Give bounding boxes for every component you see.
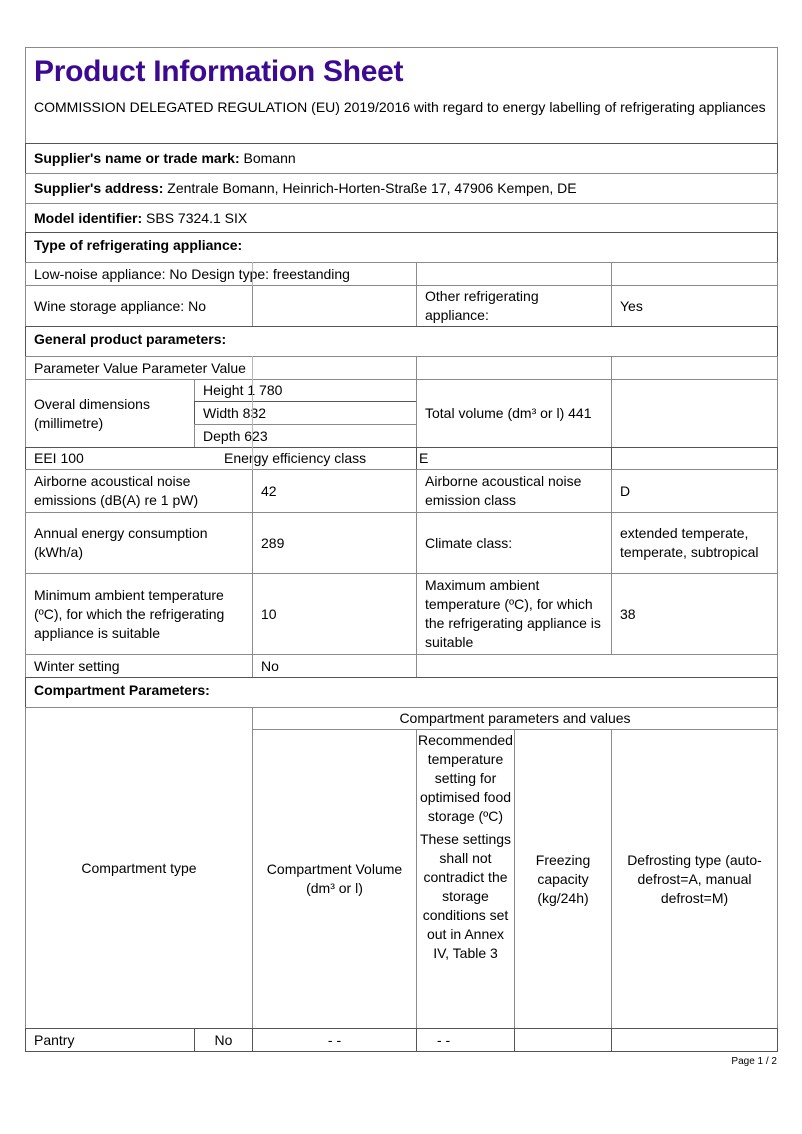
energy-class-label: Energy efficiency class — [224, 449, 366, 468]
supplier-address-value: Zentrale Bomann, Heinrich-Horten-Straße … — [167, 180, 576, 196]
max-temp-value-cell: 38 — [611, 573, 778, 655]
eei-cell: EEI 100 Energy efficiency class — [25, 447, 417, 470]
annual-energy-value: 289 — [261, 534, 284, 553]
empty-cell — [252, 285, 417, 327]
empty-cell — [611, 262, 778, 286]
col-volume: Compartment Volume (dm³ or l) — [252, 729, 417, 1029]
min-temp-value: 10 — [261, 605, 277, 624]
wine-storage-text: Wine storage appliance: No — [34, 297, 206, 316]
grid-line — [252, 262, 253, 286]
supplier-address-row: Supplier's address: Zentrale Bomann, Hei… — [25, 173, 778, 204]
col-defrost-text: Defrosting type (auto-defrost=A, manual … — [620, 851, 769, 908]
annual-energy-label-cell: Annual energy consumption (kWh/a) — [25, 512, 253, 574]
empty-cell — [611, 356, 778, 380]
climate-label: Climate class: — [425, 534, 512, 553]
noise-value-cell: 42 — [252, 469, 417, 513]
empty-cell — [611, 447, 778, 470]
other-appliance-value-text: Yes — [620, 297, 643, 316]
supplier-address-label: Supplier's address: — [34, 180, 163, 196]
annual-energy-value-cell: 289 — [252, 512, 417, 574]
annual-energy-label: Annual energy consumption (kWh/a) — [34, 524, 244, 562]
group-header: Compartment parameters and values — [252, 707, 778, 730]
supplier-name-value: Bomann — [244, 150, 296, 166]
max-temp-value: 38 — [620, 605, 636, 624]
noise-label: Airborne acoustical noise emissions (dB(… — [34, 472, 244, 510]
energy-class-value: E — [419, 449, 428, 468]
empty-cell — [611, 379, 778, 448]
climate-value-cell: extended temperate, temperate, subtropic… — [611, 512, 778, 574]
total-volume-text: Total volume (dm³ or l) 441 — [425, 404, 592, 423]
row-present-text: No — [215, 1031, 233, 1050]
col-compartment-type: Compartment type — [25, 707, 253, 1029]
winter-value-cell: No — [252, 654, 417, 678]
empty-cell — [416, 654, 778, 678]
climate-label-cell: Climate class: — [416, 512, 612, 574]
winter-label: Winter setting — [34, 657, 120, 676]
empty-cell — [416, 262, 612, 286]
col-temperature-note: These settings shall not contradict the … — [419, 830, 512, 963]
param-header-text: Parameter Value Parameter Value — [34, 359, 246, 378]
row-type-text: Pantry — [34, 1031, 74, 1050]
row-temp-text: - - — [437, 1031, 450, 1050]
wine-storage-cell: Wine storage appliance: No — [25, 285, 253, 327]
max-temp-label-cell: Maximum ambient temperature (ºC), for wh… — [416, 573, 612, 655]
col-defrost: Defrosting type (auto-defrost=A, manual … — [611, 729, 778, 1029]
general-parameters-heading: General product parameters: — [25, 326, 778, 357]
table-row-volume: - - — [252, 1028, 417, 1052]
compartment-heading: Compartment Parameters: — [25, 677, 778, 708]
other-appliance-label-text: Other refrigerating appliance: — [425, 287, 603, 325]
row-volume-text: - - — [328, 1031, 341, 1050]
table-row-temp: - - — [416, 1028, 515, 1052]
col-temperature-text: Recommended temperature setting for opti… — [418, 731, 513, 826]
page-title: Product Information Sheet — [34, 52, 769, 92]
width-text: Width 832 — [203, 404, 266, 423]
col-compartment-type-text: Compartment type — [81, 859, 196, 878]
param-header-cell: Parameter Value Parameter Value — [25, 356, 417, 380]
winter-label-cell: Winter setting — [25, 654, 253, 678]
other-appliance-label: Other refrigerating appliance: — [416, 285, 612, 327]
noise-class-value: D — [620, 482, 630, 501]
depth-text: Depth 623 — [203, 427, 268, 446]
supplier-name-row: Supplier's name or trade mark: Bomann — [25, 143, 778, 174]
table-row-freezing — [514, 1028, 612, 1052]
table-row-type: Pantry — [25, 1028, 195, 1052]
winter-value: No — [261, 657, 279, 676]
appliance-type-heading: Type of refrigerating appliance: — [25, 232, 778, 263]
model-identifier-value: SBS 7324.1 SIX — [146, 210, 247, 226]
col-volume-text: Compartment Volume (dm³ or l) — [261, 860, 408, 898]
header-block: Product Information Sheet COMMISSION DEL… — [25, 47, 778, 144]
table-row-defrost — [611, 1028, 778, 1052]
eei-text: EEI 100 — [34, 449, 224, 468]
total-volume-cell: Total volume (dm³ or l) 441 — [416, 379, 612, 448]
empty-cell — [416, 356, 612, 380]
col-freezing-text: Freezing capacity (kg/24h) — [517, 851, 609, 908]
noise-class-value-cell: D — [611, 469, 778, 513]
dimensions-label: Overal dimensions (millimetre) — [25, 379, 195, 448]
height-cell: Height 1 780 — [194, 379, 417, 402]
climate-value: extended temperate, temperate, subtropic… — [620, 524, 769, 562]
width-cell: Width 832 — [194, 401, 417, 425]
low-noise-text: Low-noise appliance: No Design type: fre… — [34, 265, 350, 284]
max-temp-label: Maximum ambient temperature (ºC), for wh… — [425, 576, 603, 652]
low-noise-cell: Low-noise appliance: No Design type: fre… — [25, 262, 417, 286]
col-temperature: Recommended temperature setting for opti… — [416, 729, 515, 1029]
general-parameters-heading-text: General product parameters: — [34, 330, 226, 349]
col-freezing: Freezing capacity (kg/24h) — [514, 729, 612, 1029]
regulation-text: COMMISSION DELEGATED REGULATION (EU) 201… — [34, 98, 769, 117]
model-identifier-label: Model identifier: — [34, 210, 142, 226]
noise-class-label-cell: Airborne acoustical noise emission class — [416, 469, 612, 513]
other-appliance-value: Yes — [611, 285, 778, 327]
page-number: Page 1 / 2 — [731, 1056, 777, 1067]
supplier-name-label: Supplier's name or trade mark: — [34, 150, 240, 166]
model-identifier-row: Model identifier: SBS 7324.1 SIX — [25, 203, 778, 233]
min-temp-label: Minimum ambient temperature (ºC), for wh… — [34, 586, 244, 643]
noise-class-label: Airborne acoustical noise emission class — [425, 472, 603, 510]
dimensions-label-text: Overal dimensions (millimetre) — [34, 395, 186, 433]
depth-cell: Depth 623 — [194, 424, 417, 448]
grid-line — [252, 356, 253, 470]
group-header-text: Compartment parameters and values — [399, 709, 630, 728]
table-row-present: No — [194, 1028, 253, 1052]
height-text: Height 1 780 — [203, 381, 282, 400]
noise-label-cell: Airborne acoustical noise emissions (dB(… — [25, 469, 253, 513]
noise-value: 42 — [261, 482, 277, 501]
energy-class-value-cell: E — [416, 447, 612, 470]
min-temp-value-cell: 10 — [252, 573, 417, 655]
min-temp-label-cell: Minimum ambient temperature (ºC), for wh… — [25, 573, 253, 655]
compartment-heading-text: Compartment Parameters: — [34, 681, 210, 700]
product-information-sheet: Product Information Sheet COMMISSION DEL… — [0, 0, 802, 1134]
appliance-type-heading-text: Type of refrigerating appliance: — [34, 236, 242, 255]
